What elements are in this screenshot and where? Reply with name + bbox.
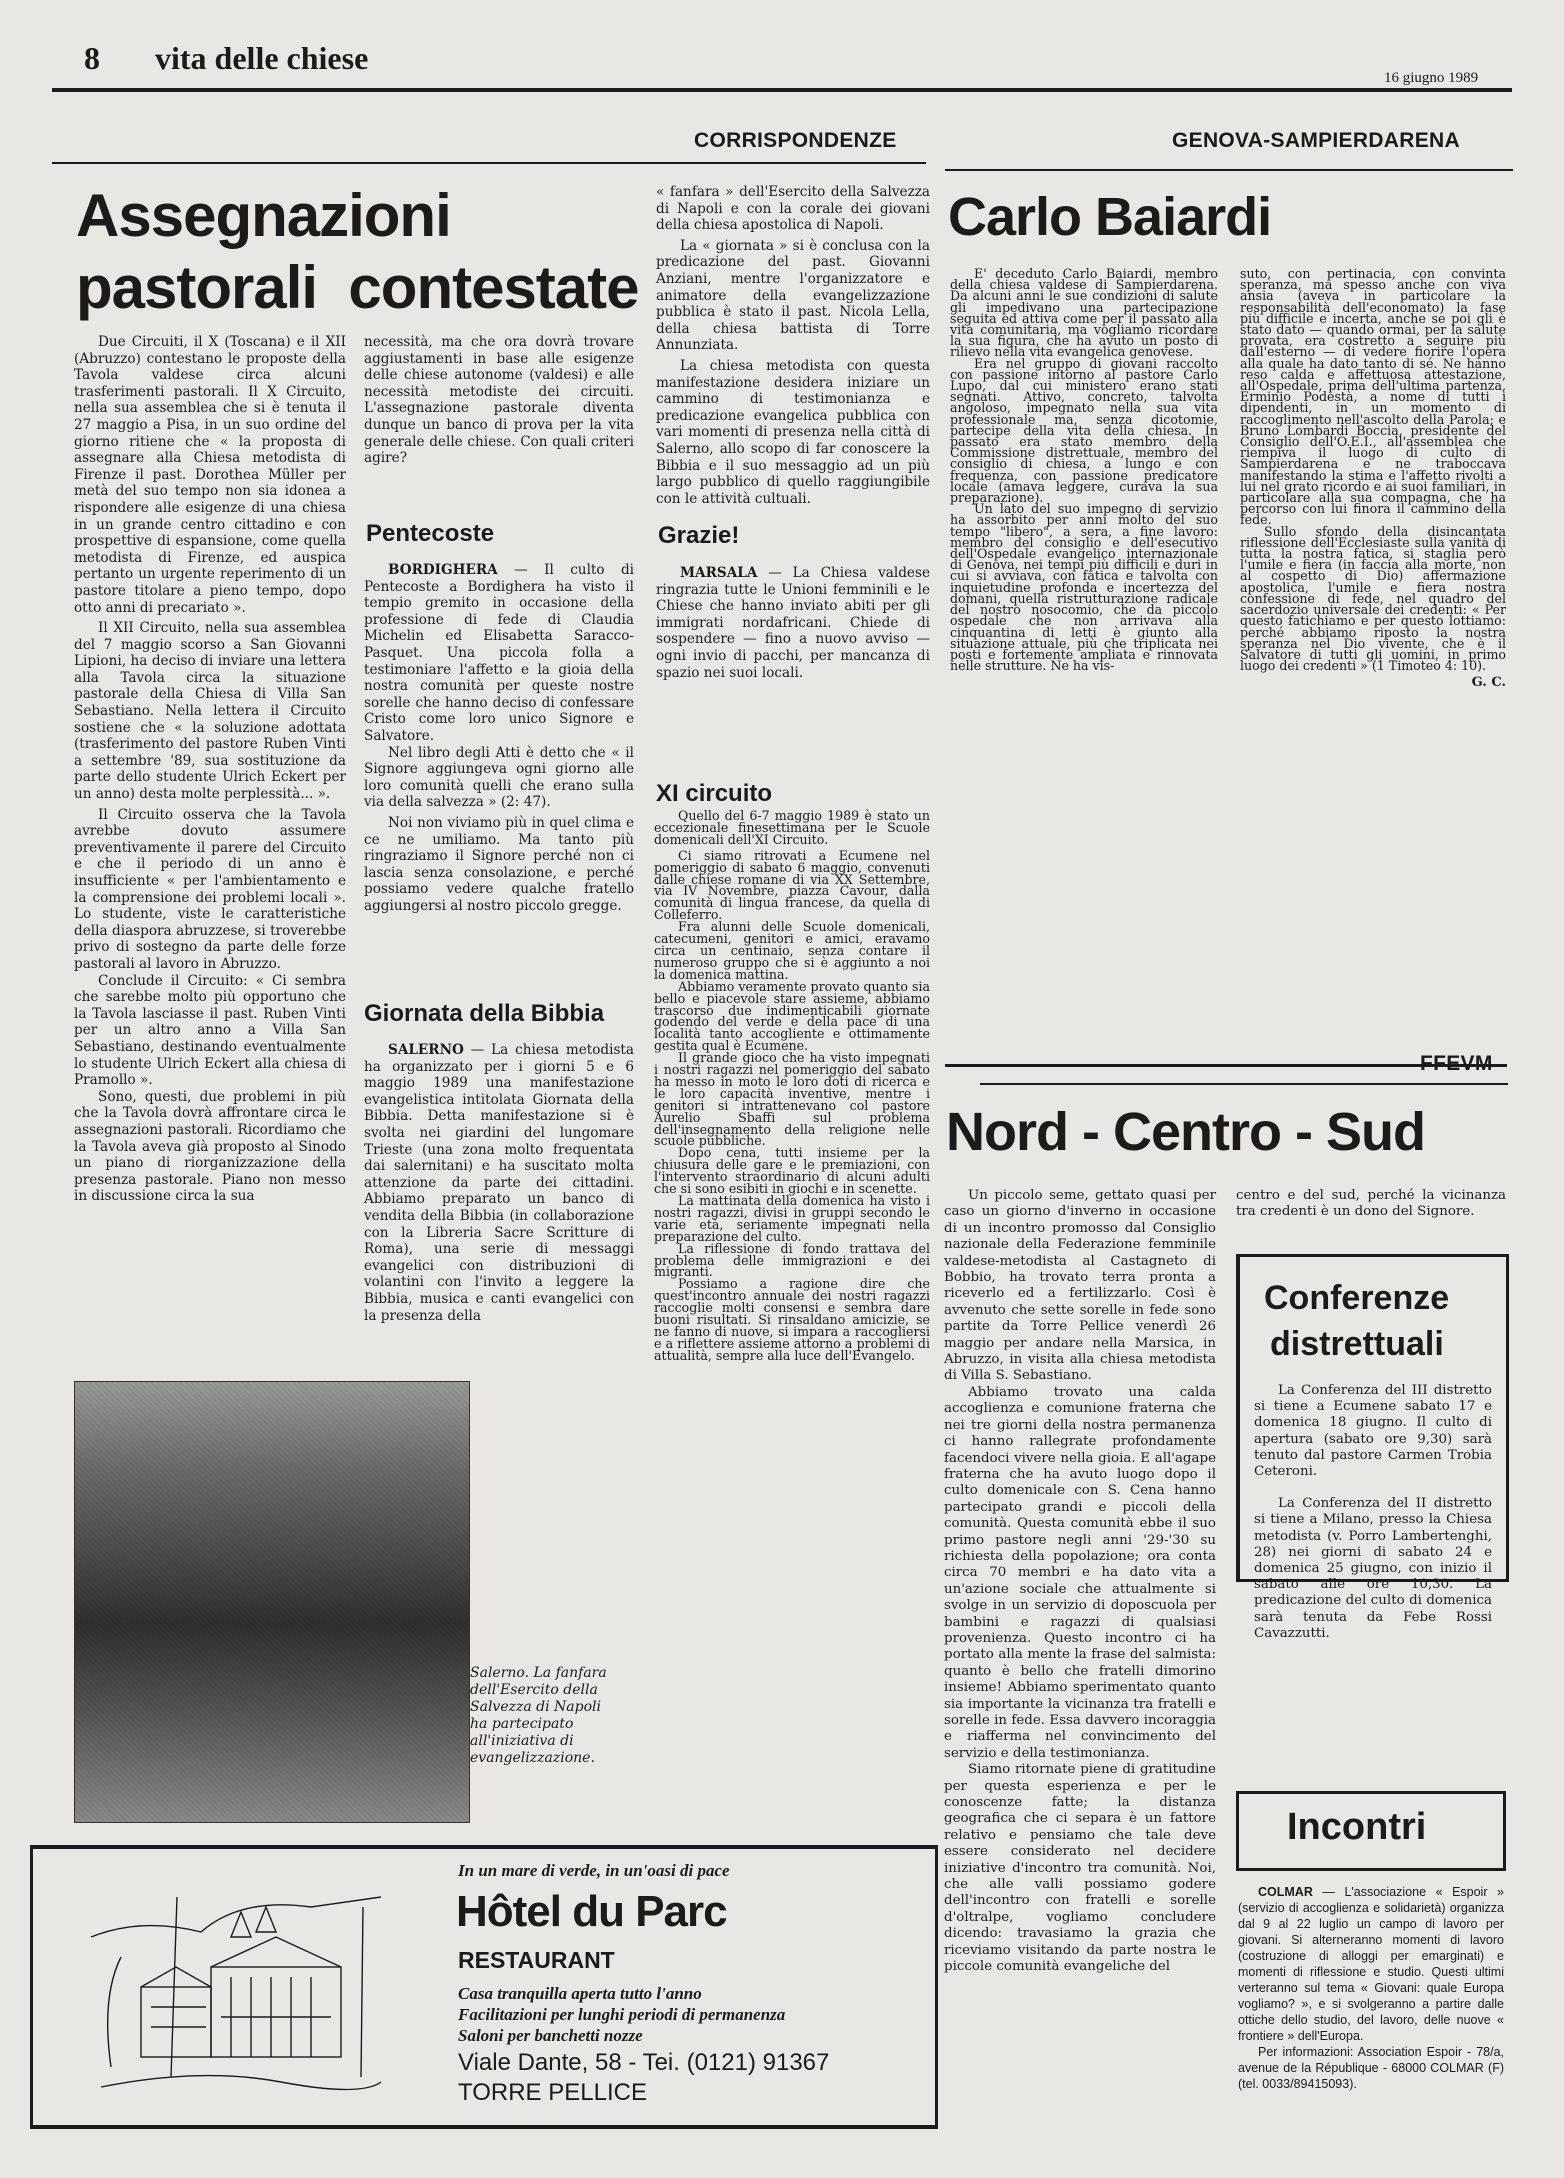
paragraph: Fra alunni delle Scuole domenicali, cate…	[654, 921, 930, 981]
paragraph: E' deceduto Carlo Baiardi, membro della …	[950, 268, 1218, 358]
ad-address: Viale Dante, 58 - Tei. (0121) 91367	[458, 2049, 829, 2077]
publication-title: vita delle chiese	[155, 40, 368, 77]
masthead-rule	[52, 88, 1512, 92]
article-bibbia-col2: « fanfara » dell'Esercito della Salvezza…	[656, 184, 930, 507]
conferenze-text: La Conferenza del III distretto si tiene…	[1254, 1383, 1492, 1642]
paragraph: — Il culto di Pentecoste a Bordighera ha…	[364, 562, 634, 744]
paragraph: La mattinata della domenica ha visto i n…	[654, 1195, 930, 1243]
paragraph: Sullo sfondo della disincantata riflessi…	[1240, 526, 1506, 672]
conferenze-title-2: distrettuali	[1270, 1327, 1444, 1361]
incontri-text: COLMAR — L'associazione « Espoir » (serv…	[1238, 1884, 1504, 2092]
paragraph: Abbiamo veramente provato quanto sia bel…	[654, 981, 930, 1052]
section-label-corrispondenze: CORRISPONDENZE	[694, 129, 897, 153]
hotel-illustration	[81, 1877, 393, 2097]
photo-salerno-band	[74, 1381, 470, 1823]
section-rule-left	[52, 162, 926, 164]
ad-hotel-name: Hôtel du Parc	[456, 1887, 727, 1937]
ad-features: Casa tranquilla aperta tutto l'anno Faci…	[458, 1983, 785, 2046]
paragraph: Il Circuito osserva che la Tavola avrebb…	[74, 807, 346, 973]
conferenze-title-1: Conferenze	[1264, 1281, 1449, 1315]
incontri-box: Incontri	[1236, 1791, 1506, 1871]
hotel-ad: In un mare di verde, in un'oasi di pace …	[30, 1845, 938, 2129]
ad-feature: Saloni per banchetti nozze	[458, 2025, 785, 2046]
article-baiardi-col2: suto, con pertinacia, con convinta spera…	[1240, 268, 1506, 689]
paragraph: Nel libro degli Atti è detto che « il Si…	[364, 745, 634, 811]
paragraph: Sono, questi, due problemi in più che la…	[74, 1089, 346, 1205]
place-label: COLMAR	[1258, 1885, 1313, 1899]
paragraph: Conclude il Circuito: « Ci sembra che sa…	[74, 973, 346, 1089]
paragraph: Ci siamo ritrovati a Ecumene nel pomerig…	[654, 850, 930, 921]
headline-assegnazioni-2: pastorali contestate	[76, 258, 639, 318]
paragraph: Possiamo a ragione dire che quest'incont…	[654, 1278, 930, 1361]
nord-sud-title: Nord - Centro - Sud	[946, 1105, 1425, 1159]
section-label-genova: GENOVA-SAMPIERDARENA	[1172, 129, 1460, 153]
baiardi-title: Carlo Baiardi	[948, 190, 1271, 244]
place-label: BORDIGHERA	[388, 562, 498, 578]
page-number: 8	[84, 40, 100, 77]
paragraph: Per informazioni: Association Espoir - 7…	[1238, 2044, 1504, 2092]
paragraph: Siamo ritornate piene di gratitudine per…	[944, 1762, 1216, 1975]
paragraph: Un piccolo seme, gettato quasi per caso …	[944, 1188, 1216, 1385]
paragraph: Noi non viviamo più in quel clima e ce n…	[364, 815, 634, 915]
paragraph: Il grande gioco che ha visto impegnati i…	[654, 1052, 930, 1147]
pentecoste-title: Pentecoste	[366, 520, 494, 548]
paragraph: Il XII Circuito, nella sua assemblea del…	[74, 620, 346, 803]
paragraph: — La chiesa metodista ha organizzato per…	[364, 1042, 634, 1324]
section-label-ffevm: FFEVM	[1420, 1052, 1493, 1076]
article-nord-sud-col1: Un piccolo seme, gettato quasi per caso …	[944, 1188, 1216, 1976]
grazie-title: Grazie!	[658, 522, 739, 550]
paragraph: La chiesa metodista con questa manifesta…	[656, 358, 930, 507]
article-baiardi-col1: E' deceduto Carlo Baiardi, membro della …	[950, 268, 1218, 671]
ad-feature: Facilitazioni per lunghi periodi di perm…	[458, 2004, 785, 2025]
article-xi-circuito: Quello del 6-7 maggio 1989 è stato un ec…	[654, 810, 930, 1362]
article-pentecoste: BORDIGHERA — Il culto di Pentecoste a Bo…	[364, 562, 634, 914]
article-assegnazioni-col2: necessità, ma che ora dovrà trovare aggi…	[364, 334, 634, 467]
paragraph: Due Circuiti, il X (Toscana) e il XII (A…	[74, 334, 346, 616]
ad-subtitle: RESTAURANT	[458, 1947, 615, 1974]
paragraph: Quello del 6-7 maggio 1989 è stato un ec…	[654, 810, 930, 846]
place-label: SALERNO	[388, 1042, 464, 1058]
paragraph: — L'associazione « Espoir » (servizio di…	[1238, 1885, 1504, 2043]
issue-date: 16 giugno 1989	[1384, 70, 1478, 87]
headline-assegnazioni-1: Assegnazioni	[76, 186, 451, 246]
paragraph: Un lato del suo impegno di servizio ha a…	[950, 503, 1218, 671]
ad-tagline: In un mare di verde, in un'oasi di pace	[458, 1861, 730, 1881]
paragraph: La Conferenza del II distretto si tiene …	[1254, 1496, 1492, 1642]
conferenze-box: Conferenze distrettuali La Conferenza de…	[1236, 1254, 1509, 1582]
ffevm-rule	[980, 1083, 1508, 1085]
article-nord-sud-col2: centro e del sud, perché la vicinanza tr…	[1236, 1188, 1506, 1221]
paragraph: suto, con pertinacia, con convinta spera…	[1240, 268, 1506, 526]
bibbia-title: Giornata della Bibbia	[364, 1000, 604, 1028]
article-grazie: MARSALA — La Chiesa valdese ringrazia tu…	[656, 565, 930, 681]
paragraph: La « giornata » si è conclusa con la pre…	[656, 238, 930, 354]
incontri-title: Incontri	[1287, 1808, 1426, 1846]
author-signature: G. C.	[1240, 677, 1506, 688]
paragraph: centro e del sud, perché la vicinanza tr…	[1236, 1188, 1506, 1221]
ad-city: TORRE PELLICE	[458, 2079, 647, 2107]
photo-caption: Salerno. La fanfara dell'Esercito della …	[470, 1665, 620, 1767]
ad-feature: Casa tranquilla aperta tutto l'anno	[458, 1983, 785, 2004]
section-rule-right	[945, 169, 1513, 171]
article-bibbia-col1: SALERNO — La chiesa metodista ha organiz…	[364, 1042, 634, 1324]
paragraph: La Conferenza del III distretto si tiene…	[1254, 1383, 1492, 1480]
article-assegnazioni-col1: Due Circuiti, il X (Toscana) e il XII (A…	[74, 334, 346, 1205]
paragraph: Dopo cena, tutti insieme per la chiusura…	[654, 1147, 930, 1195]
paragraph: La riflessione di fondo trattava del pro…	[654, 1243, 930, 1279]
paragraph: Abbiamo trovato una calda accoglienza e …	[944, 1385, 1216, 1762]
place-label: MARSALA	[680, 565, 757, 581]
xi-circuito-title: XI circuito	[656, 780, 772, 808]
paragraph: necessità, ma che ora dovrà trovare aggi…	[364, 334, 634, 467]
paragraph: — La Chiesa valdese ringrazia tutte le U…	[656, 565, 930, 681]
paragraph: Era nel gruppo di giovani raccolto con p…	[950, 358, 1218, 504]
paragraph: « fanfara » dell'Esercito della Salvezza…	[656, 184, 930, 234]
